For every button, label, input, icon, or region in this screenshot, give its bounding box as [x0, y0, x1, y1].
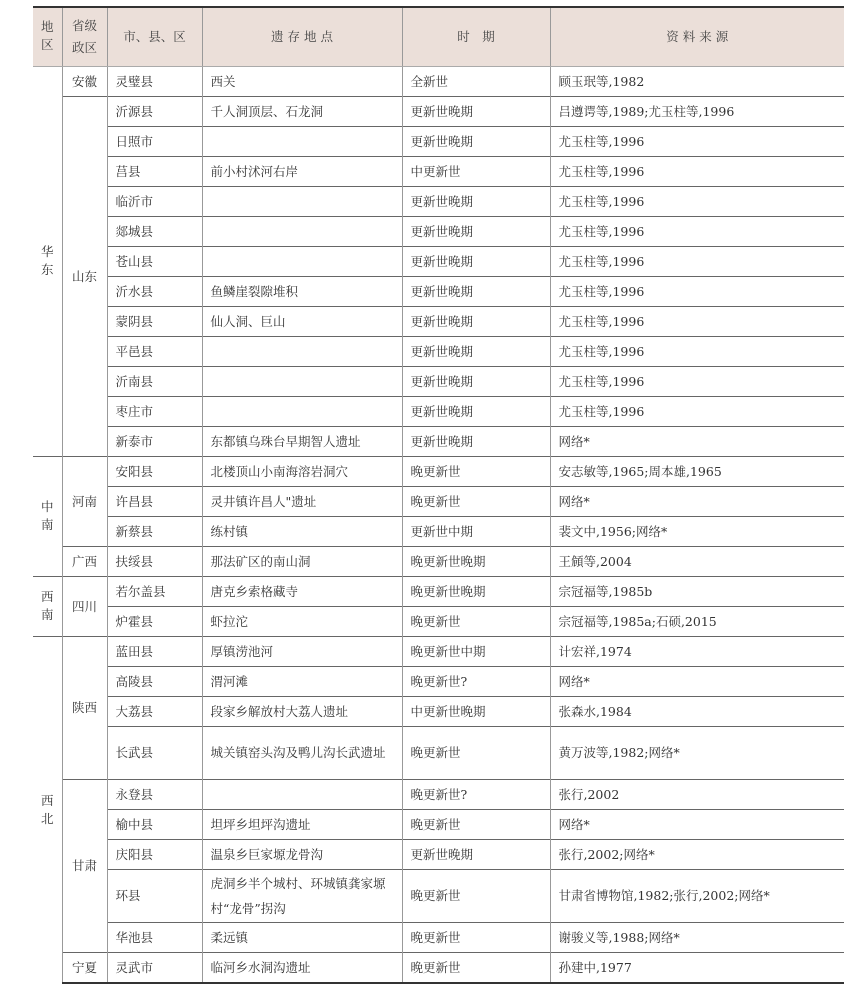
table-row: 大荔县段家乡解放村大荔人遗址中更新世晚期张森水,1984	[33, 696, 844, 726]
county-cell: 苍山县	[107, 246, 202, 276]
county-cell: 日照市	[107, 126, 202, 156]
county-cell: 榆中县	[107, 809, 202, 839]
table-row: 沂南县更新世晚期尤玉柱等,1996	[33, 366, 844, 396]
source-cell: 网络*	[550, 809, 844, 839]
table-row: 宁夏灵武市临河乡水洞沟遗址晚更新世孙建中,1977	[33, 952, 844, 983]
county-cell: 高陵县	[107, 666, 202, 696]
table-row: 华东安徽灵璧县西关全新世顾玉珉等,1982	[33, 66, 844, 96]
period-cell: 更新世晚期	[402, 276, 550, 306]
county-cell: 炉霍县	[107, 606, 202, 636]
site-cell	[202, 246, 402, 276]
site-cell: 厚镇涝池河	[202, 636, 402, 666]
site-cell: 温泉乡巨家塬龙骨沟	[202, 839, 402, 869]
period-cell: 晚更新世	[402, 456, 550, 486]
period-cell: 晚更新世	[402, 486, 550, 516]
county-cell: 扶绥县	[107, 546, 202, 576]
region-cell: 西南	[33, 576, 62, 636]
county-cell: 庆阳县	[107, 839, 202, 869]
source-cell: 吕遵谔等,1989;尤玉柱等,1996	[550, 96, 844, 126]
period-cell: 晚更新世晚期	[402, 546, 550, 576]
period-cell: 中更新世晚期	[402, 696, 550, 726]
source-cell: 尤玉柱等,1996	[550, 186, 844, 216]
table-header-row: 地区 省级政区 市、县、区 遗 存 地 点 时 期 资 料 来 源	[33, 7, 844, 66]
table-row: 山东沂源县千人洞顶层、石龙洞更新世晚期吕遵谔等,1989;尤玉柱等,1996	[33, 96, 844, 126]
header-period: 时 期	[402, 7, 550, 66]
table-row: 炉霍县虾拉沱晚更新世宗冠福等,1985a;石硕,2015	[33, 606, 844, 636]
region-cell: 西北	[33, 636, 62, 983]
province-cell: 四川	[62, 576, 107, 636]
period-cell: 晚更新世	[402, 952, 550, 983]
site-cell	[202, 396, 402, 426]
source-cell: 宗冠福等,1985b	[550, 576, 844, 606]
table-row: 许昌县灵井镇许昌人"遗址晚更新世网络*	[33, 486, 844, 516]
region-cell: 华东	[33, 66, 62, 456]
source-cell: 尤玉柱等,1996	[550, 246, 844, 276]
table-row: 甘肃永登县晚更新世?张行,2002	[33, 779, 844, 809]
site-cell	[202, 216, 402, 246]
site-cell: 坦坪乡坦坪沟遗址	[202, 809, 402, 839]
period-cell: 更新世晚期	[402, 336, 550, 366]
header-province: 省级政区	[62, 7, 107, 66]
source-cell: 尤玉柱等,1996	[550, 156, 844, 186]
table-row: 新蔡县练村镇更新世中期裴文中,1956;网络*	[33, 516, 844, 546]
source-cell: 甘肃省博物馆,1982;张行,2002;网络*	[550, 869, 844, 922]
site-cell: 临河乡水洞沟遗址	[202, 952, 402, 983]
header-region: 地区	[33, 7, 62, 66]
source-cell: 尤玉柱等,1996	[550, 216, 844, 246]
period-cell: 中更新世	[402, 156, 550, 186]
source-cell: 黄万波等,1982;网络*	[550, 726, 844, 779]
table-row: 中南河南安阳县北楼顶山小南海溶岩洞穴晚更新世安志敏等,1965;周本雄,1965	[33, 456, 844, 486]
county-cell: 枣庄市	[107, 396, 202, 426]
county-cell: 新泰市	[107, 426, 202, 456]
period-cell: 更新世晚期	[402, 839, 550, 869]
province-cell: 甘肃	[62, 779, 107, 952]
table-row: 高陵县渭河滩晚更新世?网络*	[33, 666, 844, 696]
period-cell: 晚更新世晚期	[402, 576, 550, 606]
table-row: 苍山县更新世晚期尤玉柱等,1996	[33, 246, 844, 276]
table-row: 临沂市更新世晚期尤玉柱等,1996	[33, 186, 844, 216]
site-cell: 唐克乡索格藏寺	[202, 576, 402, 606]
table-row: 西南四川若尔盖县唐克乡索格藏寺晚更新世晚期宗冠福等,1985b	[33, 576, 844, 606]
period-cell: 更新世晚期	[402, 426, 550, 456]
site-cell: 那法矿区的南山洞	[202, 546, 402, 576]
county-cell: 安阳县	[107, 456, 202, 486]
table-body: 华东安徽灵璧县西关全新世顾玉珉等,1982山东沂源县千人洞顶层、石龙洞更新世晚期…	[33, 66, 844, 983]
site-cell: 虎洞乡半个城村、环城镇龚家塬村“龙骨”拐沟	[202, 869, 402, 922]
site-cell	[202, 779, 402, 809]
period-cell: 更新世晚期	[402, 126, 550, 156]
source-cell: 张行,2002;网络*	[550, 839, 844, 869]
site-cell	[202, 336, 402, 366]
county-cell: 蒙阴县	[107, 306, 202, 336]
source-cell: 张森水,1984	[550, 696, 844, 726]
county-cell: 若尔盖县	[107, 576, 202, 606]
table-row: 日照市更新世晚期尤玉柱等,1996	[33, 126, 844, 156]
county-cell: 大荔县	[107, 696, 202, 726]
county-cell: 华池县	[107, 922, 202, 952]
site-cell: 东都镇乌珠台早期智人遗址	[202, 426, 402, 456]
source-cell: 尤玉柱等,1996	[550, 396, 844, 426]
table-row: 长武县城关镇窑头沟及鸭儿沟长武遗址晚更新世黄万波等,1982;网络*	[33, 726, 844, 779]
county-cell: 长武县	[107, 726, 202, 779]
table-row: 莒县前小村沭河右岸中更新世尤玉柱等,1996	[33, 156, 844, 186]
table-row: 环县虎洞乡半个城村、环城镇龚家塬村“龙骨”拐沟晚更新世甘肃省博物馆,1982;张…	[33, 869, 844, 922]
site-cell: 灵井镇许昌人"遗址	[202, 486, 402, 516]
table-row: 榆中县坦坪乡坦坪沟遗址晚更新世网络*	[33, 809, 844, 839]
period-cell: 晚更新世中期	[402, 636, 550, 666]
table-row: 平邑县更新世晚期尤玉柱等,1996	[33, 336, 844, 366]
site-cell: 千人洞顶层、石龙洞	[202, 96, 402, 126]
site-cell: 城关镇窑头沟及鸭儿沟长武遗址	[202, 726, 402, 779]
province-cell: 河南	[62, 456, 107, 546]
source-cell: 尤玉柱等,1996	[550, 366, 844, 396]
site-cell: 西关	[202, 66, 402, 96]
province-cell: 宁夏	[62, 952, 107, 983]
site-cell: 虾拉沱	[202, 606, 402, 636]
province-cell: 安徽	[62, 66, 107, 96]
source-cell: 网络*	[550, 426, 844, 456]
site-cell: 渭河滩	[202, 666, 402, 696]
period-cell: 晚更新世?	[402, 666, 550, 696]
county-cell: 临沂市	[107, 186, 202, 216]
period-cell: 晚更新世?	[402, 779, 550, 809]
county-cell: 环县	[107, 869, 202, 922]
county-cell: 永登县	[107, 779, 202, 809]
county-cell: 沂水县	[107, 276, 202, 306]
table-row: 庆阳县温泉乡巨家塬龙骨沟更新世晚期张行,2002;网络*	[33, 839, 844, 869]
county-cell: 蓝田县	[107, 636, 202, 666]
county-cell: 郯城县	[107, 216, 202, 246]
source-cell: 张行,2002	[550, 779, 844, 809]
county-cell: 许昌县	[107, 486, 202, 516]
site-cell	[202, 186, 402, 216]
region-cell: 中南	[33, 456, 62, 576]
province-cell: 陕西	[62, 636, 107, 779]
source-cell: 尤玉柱等,1996	[550, 126, 844, 156]
site-cell: 段家乡解放村大荔人遗址	[202, 696, 402, 726]
source-cell: 顾玉珉等,1982	[550, 66, 844, 96]
site-cell: 鱼鳞崖裂隙堆积	[202, 276, 402, 306]
table-row: 沂水县鱼鳞崖裂隙堆积更新世晚期尤玉柱等,1996	[33, 276, 844, 306]
county-cell: 新蔡县	[107, 516, 202, 546]
period-cell: 更新世中期	[402, 516, 550, 546]
source-cell: 尤玉柱等,1996	[550, 276, 844, 306]
site-cell: 前小村沭河右岸	[202, 156, 402, 186]
source-cell: 尤玉柱等,1996	[550, 306, 844, 336]
source-cell: 安志敏等,1965;周本雄,1965	[550, 456, 844, 486]
period-cell: 更新世晚期	[402, 246, 550, 276]
county-cell: 沂源县	[107, 96, 202, 126]
province-cell: 广西	[62, 546, 107, 576]
table-row: 枣庄市更新世晚期尤玉柱等,1996	[33, 396, 844, 426]
table-row: 西北陕西蓝田县厚镇涝池河晚更新世中期计宏祥,1974	[33, 636, 844, 666]
period-cell: 更新世晚期	[402, 396, 550, 426]
source-cell: 裴文中,1956;网络*	[550, 516, 844, 546]
period-cell: 晚更新世	[402, 606, 550, 636]
site-cell: 柔远镇	[202, 922, 402, 952]
source-cell: 王頠等,2004	[550, 546, 844, 576]
site-cell	[202, 126, 402, 156]
county-cell: 平邑县	[107, 336, 202, 366]
header-site: 遗 存 地 点	[202, 7, 402, 66]
period-cell: 晚更新世	[402, 869, 550, 922]
table-row: 华池县柔远镇晚更新世谢骏义等,1988;网络*	[33, 922, 844, 952]
source-cell: 计宏祥,1974	[550, 636, 844, 666]
period-cell: 更新世晚期	[402, 306, 550, 336]
site-cell: 仙人洞、巨山	[202, 306, 402, 336]
period-cell: 晚更新世	[402, 922, 550, 952]
table-row: 广西扶绥县那法矿区的南山洞晚更新世晚期王頠等,2004	[33, 546, 844, 576]
table-row: 新泰市东都镇乌珠台早期智人遗址更新世晚期网络*	[33, 426, 844, 456]
period-cell: 更新世晚期	[402, 96, 550, 126]
period-cell: 晚更新世	[402, 809, 550, 839]
source-cell: 孙建中,1977	[550, 952, 844, 983]
province-cell: 山东	[62, 96, 107, 456]
period-cell: 更新世晚期	[402, 366, 550, 396]
county-cell: 灵璧县	[107, 66, 202, 96]
table-row: 蒙阴县仙人洞、巨山更新世晚期尤玉柱等,1996	[33, 306, 844, 336]
header-source: 资 料 来 源	[550, 7, 844, 66]
fossil-sites-table: 地区 省级政区 市、县、区 遗 存 地 点 时 期 资 料 来 源 华东安徽灵璧…	[33, 6, 844, 984]
period-cell: 晚更新世	[402, 726, 550, 779]
source-cell: 谢骏义等,1988;网络*	[550, 922, 844, 952]
site-cell	[202, 366, 402, 396]
site-cell: 练村镇	[202, 516, 402, 546]
table-row: 郯城县更新世晚期尤玉柱等,1996	[33, 216, 844, 246]
source-cell: 网络*	[550, 486, 844, 516]
source-cell: 网络*	[550, 666, 844, 696]
source-cell: 宗冠福等,1985a;石硕,2015	[550, 606, 844, 636]
county-cell: 灵武市	[107, 952, 202, 983]
county-cell: 莒县	[107, 156, 202, 186]
header-county: 市、县、区	[107, 7, 202, 66]
site-cell: 北楼顶山小南海溶岩洞穴	[202, 456, 402, 486]
period-cell: 更新世晚期	[402, 216, 550, 246]
period-cell: 全新世	[402, 66, 550, 96]
source-cell: 尤玉柱等,1996	[550, 336, 844, 366]
period-cell: 更新世晚期	[402, 186, 550, 216]
county-cell: 沂南县	[107, 366, 202, 396]
